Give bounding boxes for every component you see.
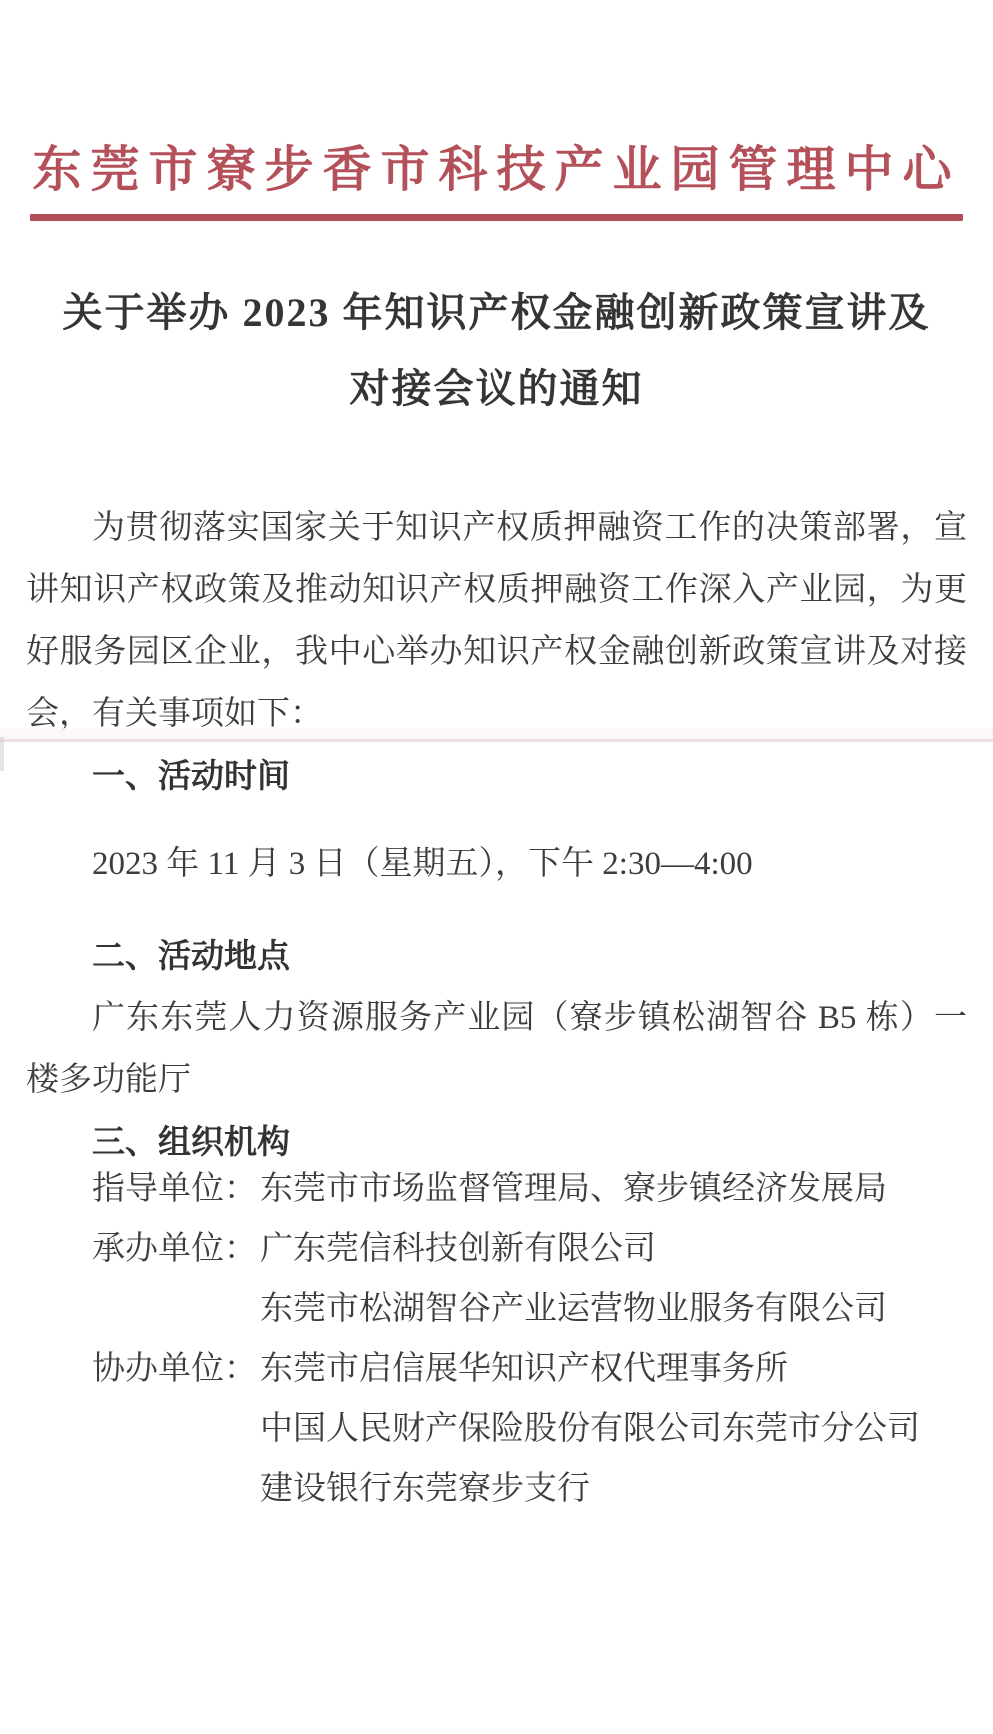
organizer-row-host: 承办单位： 广东莞信科技创新有限公司	[26, 1219, 967, 1279]
scan-artifact-edge-smudge	[0, 737, 4, 771]
intro-paragraph: 为贯彻落实国家关于知识产权质押融资工作的决策部署，宣讲知识产权政策及推动知识产权…	[26, 497, 967, 745]
organizer-row-coorganizer-3: 建设银行东莞寮步支行	[26, 1459, 967, 1519]
letterhead-org-name: 东莞市寮步香市科技产业园管理中心	[0, 0, 993, 202]
organizer-value: 广东莞信科技创新有限公司	[260, 1219, 967, 1279]
event-location-text: 广东东莞人力资源服务产业园（寮步镇松湖智谷 B5 栋）一楼多功能厅	[26, 987, 967, 1111]
scan-artifact-pink-band	[0, 728, 993, 739]
letterhead-red-rule	[30, 214, 963, 221]
document-title-line2: 对接会议的通知	[0, 351, 993, 427]
section-2-heading: 二、活动地点	[26, 925, 967, 987]
section-1-heading: 一、活动时间	[26, 745, 967, 807]
document-title-line1: 关于举办 2023 年知识产权金融创新政策宣讲及	[0, 275, 993, 351]
organizer-value: 建设银行东莞寮步支行	[260, 1459, 967, 1519]
organizer-label	[92, 1459, 260, 1519]
organizer-row-coorganizer: 协办单位： 东莞市启信展华知识产权代理事务所	[26, 1339, 967, 1399]
organizer-value: 东莞市市场监督管理局、寮步镇经济发展局	[260, 1159, 967, 1219]
event-time-text: 2023 年 11 月 3 日（星期五），下午 2:30—4:00	[26, 833, 967, 895]
scan-artifact-pink-line	[0, 739, 993, 742]
document-body: 为贯彻落实国家关于知识产权质押融资工作的决策部署，宣讲知识产权政策及推动知识产权…	[26, 497, 967, 1519]
organizer-value: 东莞市松湖智谷产业运营物业服务有限公司	[260, 1279, 967, 1339]
organizer-row-coorganizer-2: 中国人民财产保险股份有限公司东莞市分公司	[26, 1399, 967, 1459]
organizer-label	[92, 1279, 260, 1339]
organizer-row-host-2: 东莞市松湖智谷产业运营物业服务有限公司	[26, 1279, 967, 1339]
organizer-label: 承办单位：	[92, 1219, 260, 1279]
organizer-label	[92, 1399, 260, 1459]
organizer-value: 东莞市启信展华知识产权代理事务所	[260, 1339, 967, 1399]
organizer-label: 指导单位：	[92, 1159, 260, 1219]
organizer-value: 中国人民财产保险股份有限公司东莞市分公司	[260, 1399, 967, 1459]
scanned-notice-page: 东莞市寮步香市科技产业园管理中心 关于举办 2023 年知识产权金融创新政策宣讲…	[0, 0, 993, 1734]
organizer-row-guidance: 指导单位： 东莞市市场监督管理局、寮步镇经济发展局	[26, 1159, 967, 1219]
organizer-list: 指导单位： 东莞市市场监督管理局、寮步镇经济发展局 承办单位： 广东莞信科技创新…	[26, 1159, 967, 1519]
organizer-label: 协办单位：	[92, 1339, 260, 1399]
document-title: 关于举办 2023 年知识产权金融创新政策宣讲及 对接会议的通知	[0, 275, 993, 427]
